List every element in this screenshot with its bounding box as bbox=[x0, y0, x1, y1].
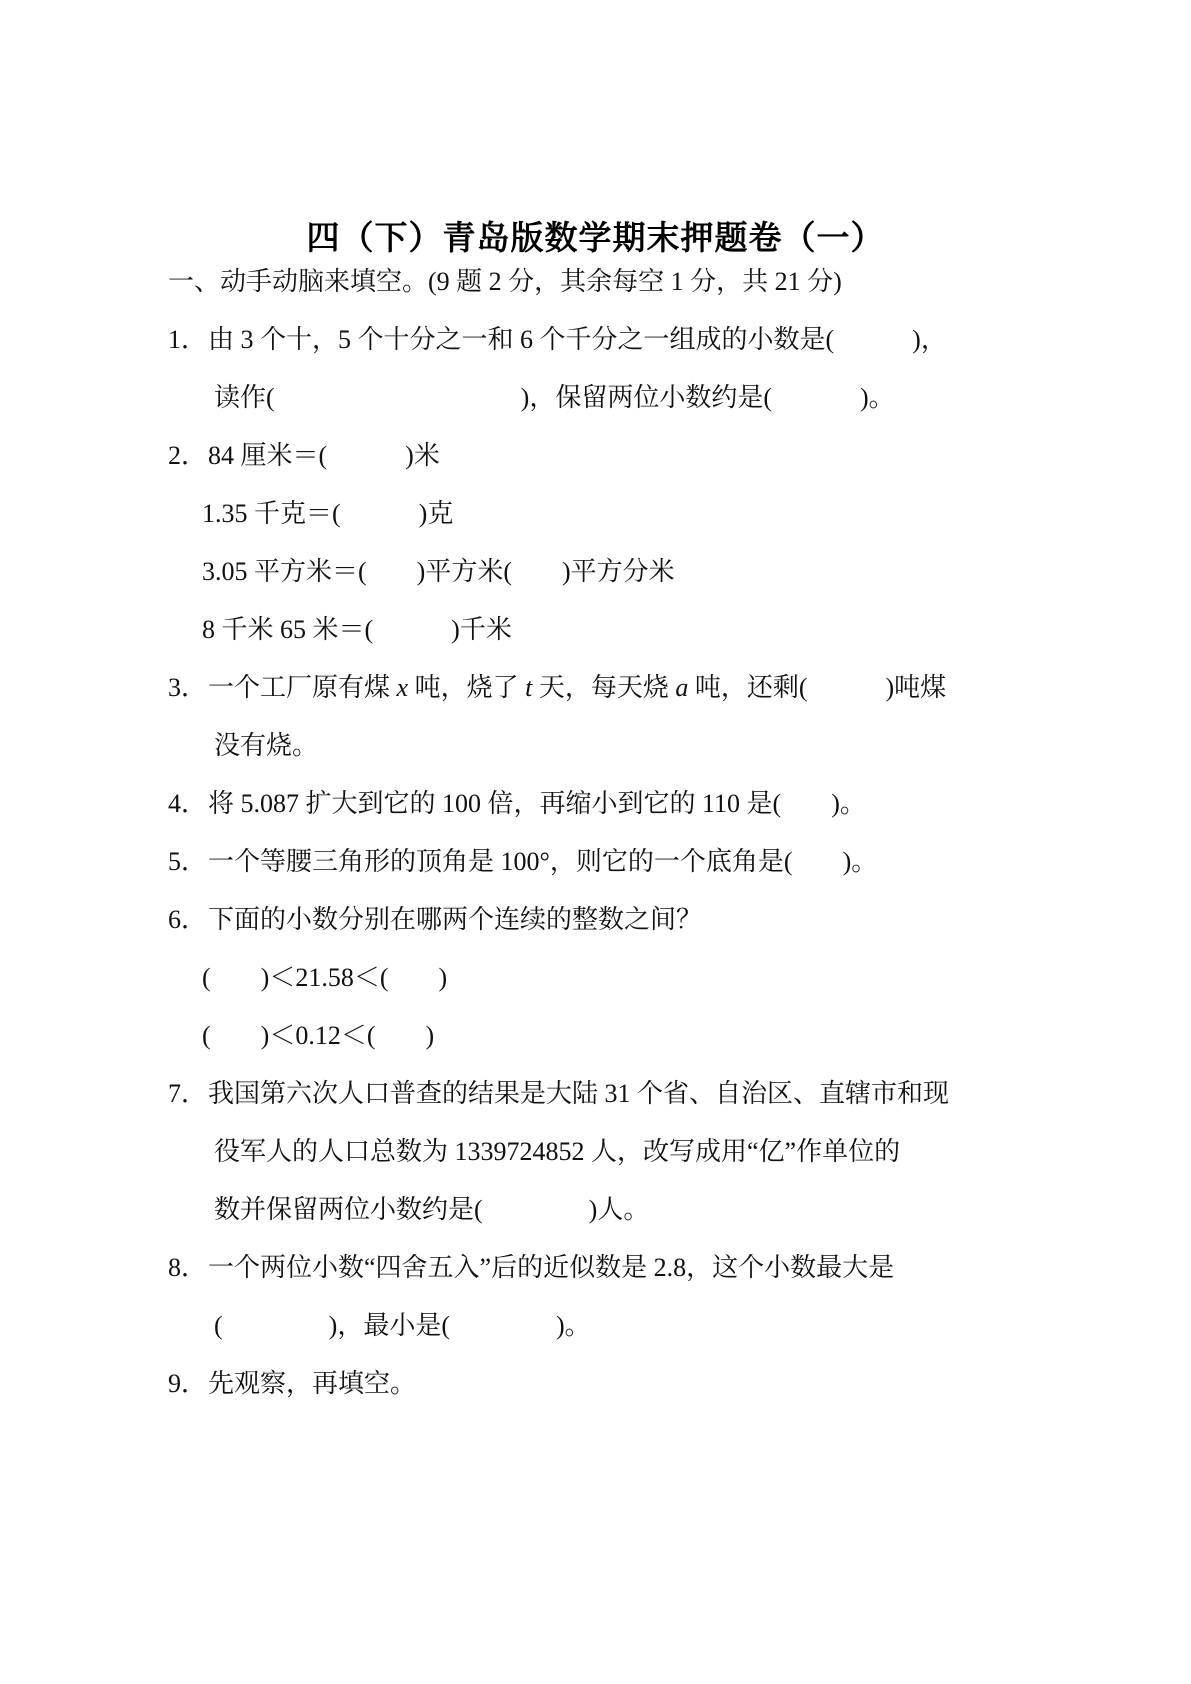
question-text: )吨煤 bbox=[886, 673, 947, 702]
question-text: 一个两位小数“四舍五入”后的近似数是 2.8，这个小数最大是 bbox=[208, 1253, 894, 1282]
question-text: ) bbox=[439, 963, 448, 992]
question-text: 将 5.087 扩大到它的 100 倍，再缩小到它的 110 是( bbox=[208, 789, 781, 818]
question-6-item-2: ()＜0.12＜() bbox=[202, 1019, 434, 1053]
question-number: 4． bbox=[168, 787, 208, 821]
question-text: ( bbox=[202, 1021, 211, 1050]
exam-page: 四（下）青岛版数学期末押题卷（一） 一、动手动脑来填空。(9 题 2 分，其余每… bbox=[0, 0, 1191, 1684]
question-text: 84 厘米＝( bbox=[208, 441, 327, 470]
question-3-line-1: 3．一个工厂原有煤 x 吨，烧了 t 天，每天烧 a 吨，还剩()吨煤 bbox=[168, 671, 946, 705]
question-text: 先观察，再填空。 bbox=[208, 1369, 416, 1398]
question-8-line-2: ()，最小是()。 bbox=[214, 1309, 591, 1343]
question-text: )。 bbox=[831, 789, 866, 818]
question-text: 下面的小数分别在哪两个连续的整数之间？ bbox=[208, 905, 702, 934]
question-text: ( bbox=[202, 963, 211, 992]
question-text: 我国第六次人口普查的结果是大陆 31 个省、自治区、直辖市和现 bbox=[208, 1079, 949, 1108]
question-text: 8 千米 65 米＝( bbox=[202, 615, 373, 644]
question-text: )＜0.12＜( bbox=[261, 1021, 376, 1050]
question-text: )，最小是( bbox=[329, 1311, 450, 1340]
question-text: 一个等腰三角形的顶角是 100°，则它的一个底角是( bbox=[208, 847, 793, 876]
question-text: 3.05 平方米＝( bbox=[202, 557, 367, 586]
question-text: )。 bbox=[556, 1311, 591, 1340]
question-number: 2． bbox=[168, 439, 208, 473]
question-text: )。 bbox=[860, 383, 895, 412]
variable-a: a bbox=[675, 673, 688, 702]
question-text: 1.35 千克＝( bbox=[202, 499, 341, 528]
question-5: 5．一个等腰三角形的顶角是 100°，则它的一个底角是()。 bbox=[168, 845, 877, 879]
question-text: )， bbox=[912, 325, 947, 354]
question-number: 6． bbox=[168, 903, 208, 937]
question-text: ) bbox=[426, 1021, 435, 1050]
question-text: )，保留两位小数约是( bbox=[521, 383, 772, 412]
question-text: )克 bbox=[419, 499, 454, 528]
question-text: )。 bbox=[843, 847, 878, 876]
question-7-line-1: 7．我国第六次人口普查的结果是大陆 31 个省、自治区、直辖市和现 bbox=[168, 1077, 949, 1111]
question-text: )米 bbox=[405, 441, 440, 470]
question-text: )平方米( bbox=[417, 557, 512, 586]
question-text: )人。 bbox=[589, 1195, 650, 1224]
question-text: )千米 bbox=[451, 615, 512, 644]
question-text: )平方分米 bbox=[562, 557, 675, 586]
question-text: )＜21.58＜( bbox=[261, 963, 389, 992]
section-heading: 一、动手动脑来填空。(9 题 2 分，其余每空 1 分，共 21 分) bbox=[168, 265, 842, 299]
question-number: 7． bbox=[168, 1077, 208, 1111]
question-1-line-2: 读作()，保留两位小数约是()。 bbox=[214, 381, 895, 415]
question-number: 3． bbox=[168, 671, 208, 705]
question-6-item-1: ()＜21.58＜() bbox=[202, 961, 447, 995]
question-number: 1． bbox=[168, 323, 208, 357]
question-9: 9．先观察，再填空。 bbox=[168, 1367, 416, 1401]
question-2-item-1: 2．84 厘米＝()米 bbox=[168, 439, 440, 473]
question-text: ( bbox=[214, 1311, 223, 1340]
question-4: 4．将 5.087 扩大到它的 100 倍，再缩小到它的 110 是()。 bbox=[168, 787, 866, 821]
page-title: 四（下）青岛版数学期末押题卷（一） bbox=[0, 212, 1191, 259]
question-8-line-1: 8．一个两位小数“四舍五入”后的近似数是 2.8，这个小数最大是 bbox=[168, 1251, 894, 1285]
question-2-item-2: 1.35 千克＝()克 bbox=[202, 497, 453, 531]
question-text: 由 3 个十，5 个十分之一和 6 个千分之一组成的小数是( bbox=[208, 325, 834, 354]
question-text: 一个工厂原有煤 bbox=[208, 673, 397, 702]
question-1-line-1: 1．由 3 个十，5 个十分之一和 6 个千分之一组成的小数是()， bbox=[168, 323, 947, 357]
question-3-line-2: 没有烧。 bbox=[214, 729, 318, 763]
question-2-item-4: 8 千米 65 米＝()千米 bbox=[202, 613, 512, 647]
question-6: 6．下面的小数分别在哪两个连续的整数之间？ bbox=[168, 903, 702, 937]
question-text: 读作( bbox=[214, 383, 275, 412]
question-text: 天，每天烧 bbox=[532, 673, 675, 702]
question-number: 8． bbox=[168, 1251, 208, 1285]
question-number: 9． bbox=[168, 1367, 208, 1401]
question-text: 吨，烧了 bbox=[408, 673, 525, 702]
question-7-line-2: 役军人的人口总数为 1339724852 人，改写成用“亿”作单位的 bbox=[214, 1135, 900, 1169]
question-text: 数并保留两位小数约是( bbox=[214, 1195, 483, 1224]
question-text: 吨，还剩( bbox=[688, 673, 807, 702]
question-number: 5． bbox=[168, 845, 208, 879]
question-2-item-3: 3.05 平方米＝()平方米()平方分米 bbox=[202, 555, 675, 589]
variable-x: x bbox=[397, 673, 409, 702]
question-7-line-3: 数并保留两位小数约是()人。 bbox=[214, 1193, 649, 1227]
